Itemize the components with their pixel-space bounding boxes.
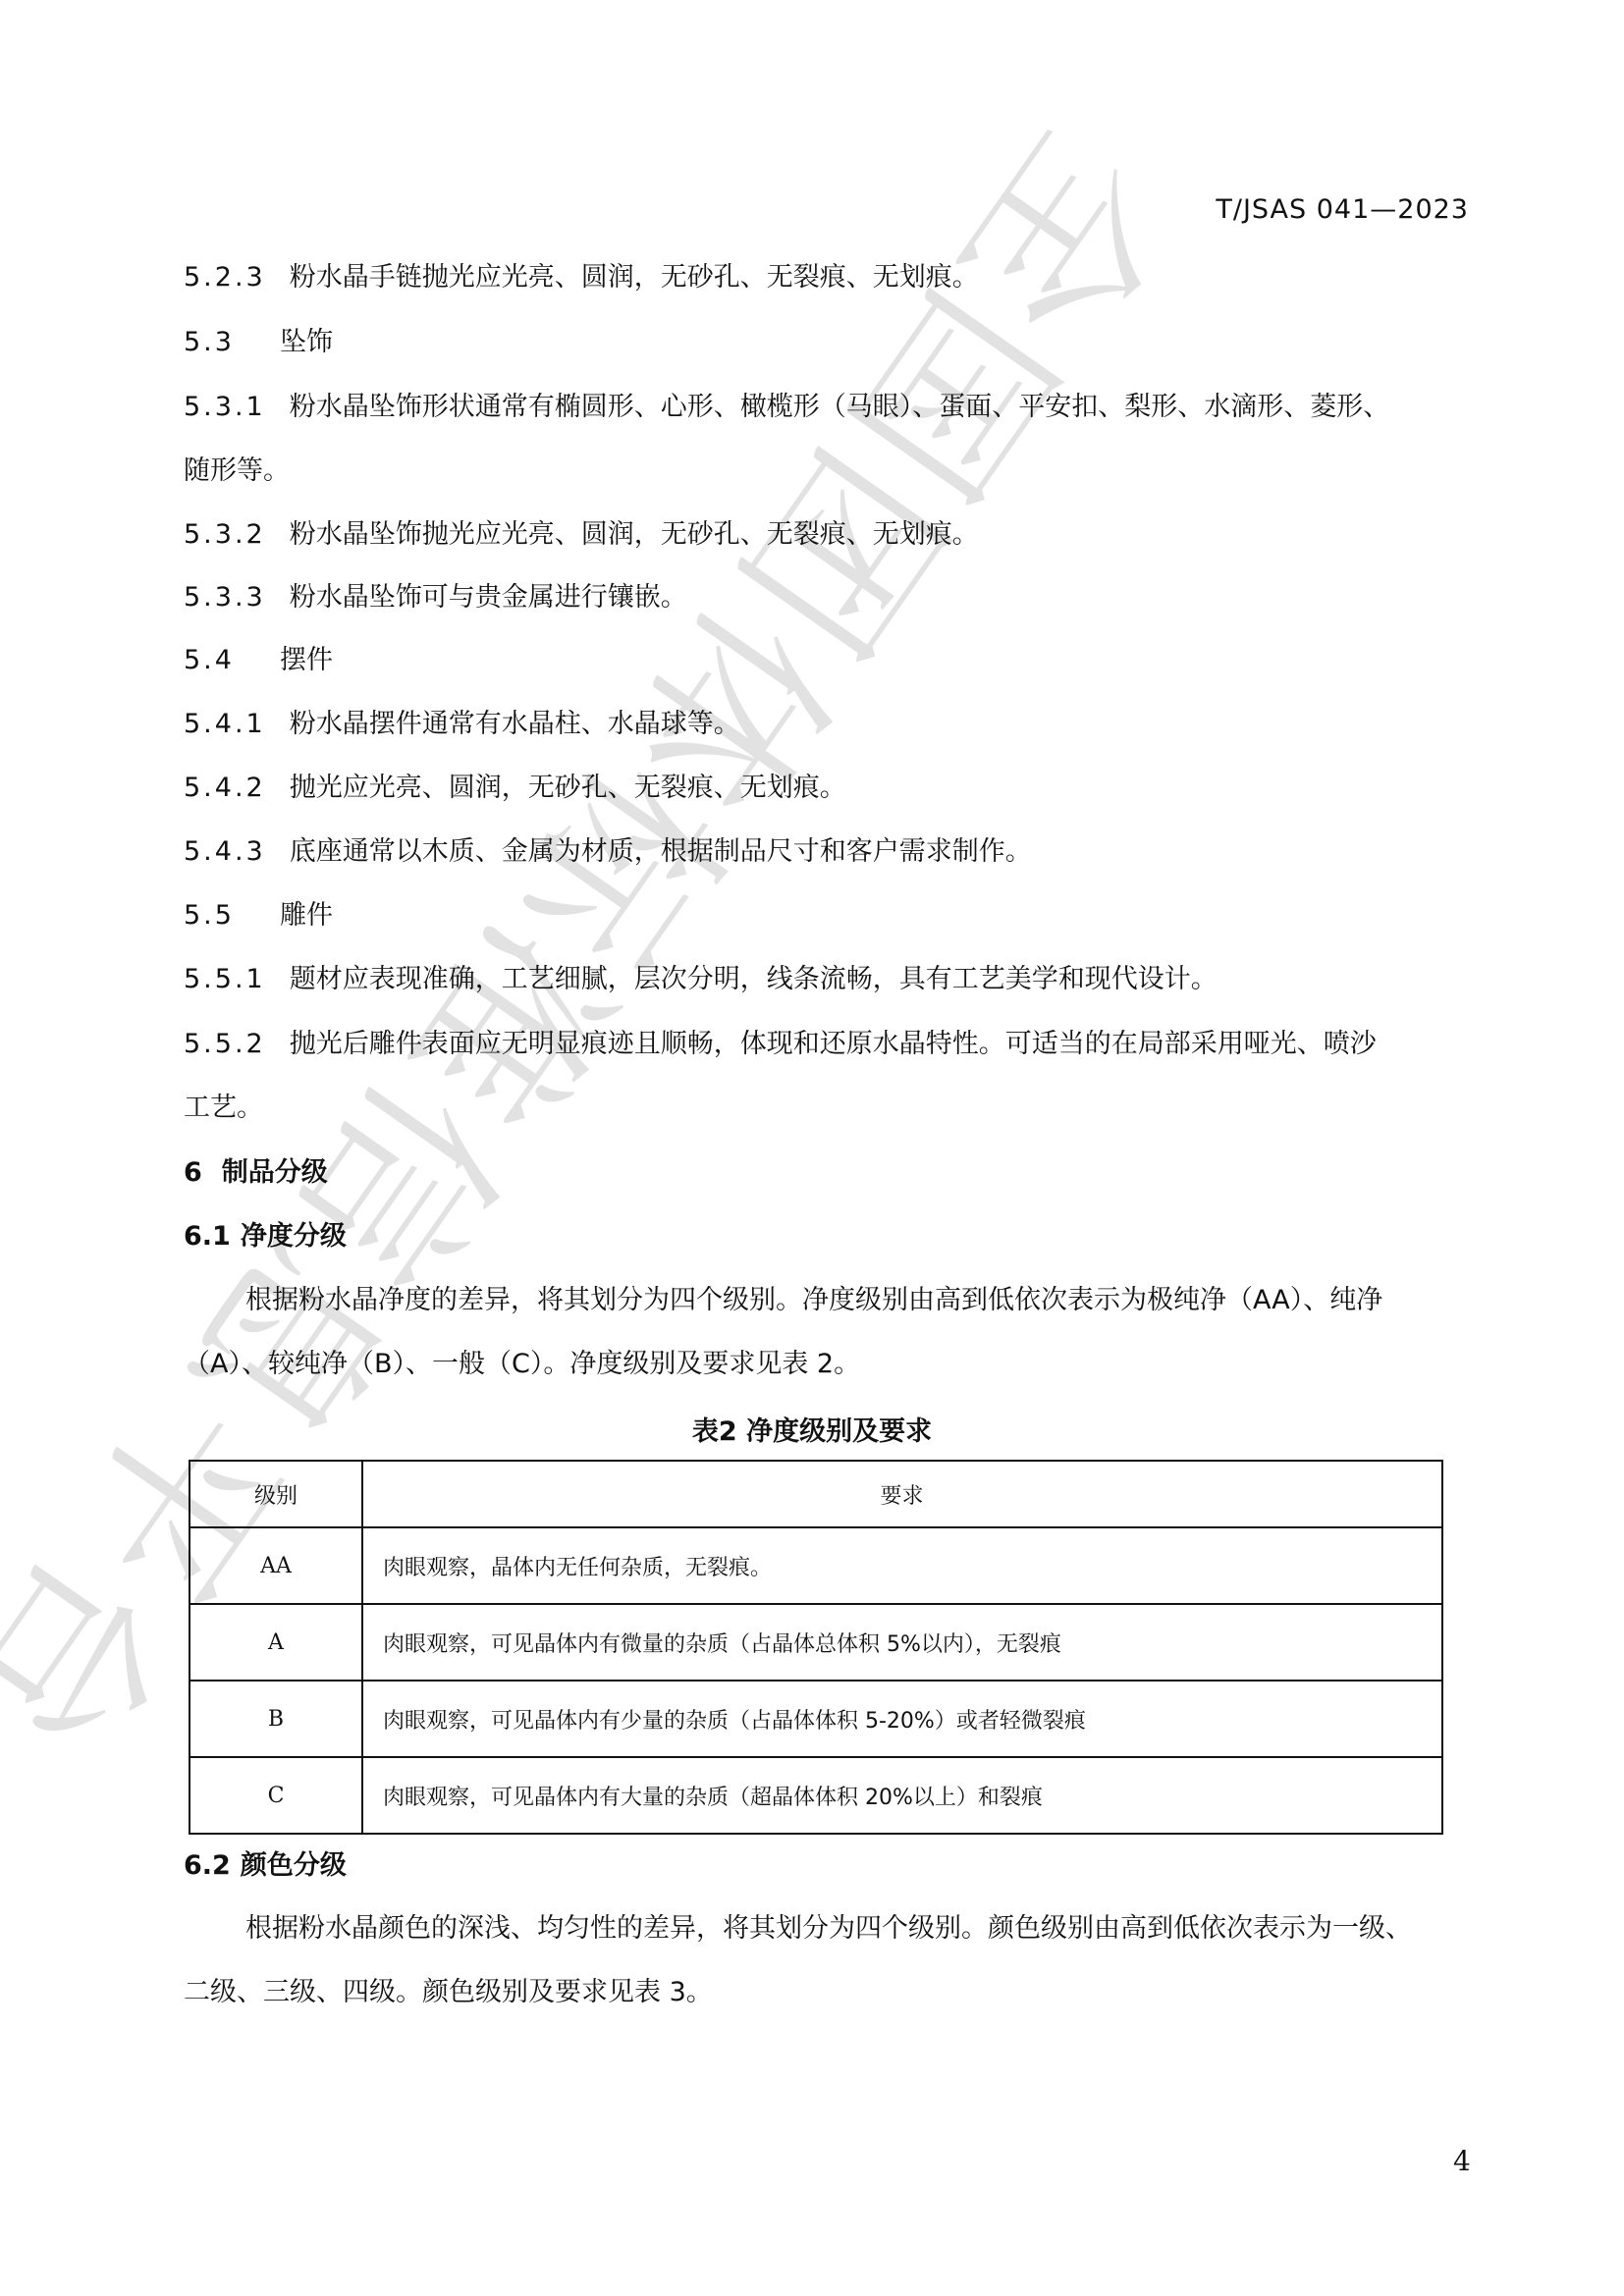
clause-text: 粉水晶坠饰可与贵金属进行镶嵌。 — [290, 582, 687, 613]
heading-text: 坠饰 — [280, 327, 333, 357]
clause-number: 5.4.2 — [184, 772, 266, 805]
clause-5-5-2: 5.5.2抛光后雕件表面应无明显痕迹且顺畅，体现和还原水晶特性。可适当的在局部采… — [184, 1028, 1377, 1061]
page-number: 4 — [1453, 2145, 1471, 2177]
table-header-row: 级别 要求 — [189, 1461, 1442, 1527]
heading-text: 制品分级 — [222, 1157, 328, 1188]
clause-number: 5.3.3 — [184, 581, 266, 614]
requirement-cell: 肉眼观察，可见晶体内有少量的杂质（占晶体体积 5-20%）或者轻微裂痕 — [362, 1681, 1442, 1757]
table-2-title: 表2 净度级别及要求 — [0, 1410, 1624, 1448]
clause-number: 5.3.1 — [184, 391, 266, 424]
paragraph-6-2-line-1: 根据粉水晶颜色的深浅、均匀性的差异，将其划分为四个级别。颜色级别由高到低依次表示… — [245, 1912, 1412, 1946]
clarity-grade-table: 级别 要求 AA 肉眼观察，晶体内无任何杂质，无裂痕。 A 肉眼观察，可见晶体内… — [189, 1460, 1443, 1835]
heading-5-4: 5.4摆件 — [184, 644, 333, 677]
paragraph-6-2-line-2: 二级、三级、四级。颜色级别及要求见表 3。 — [184, 1976, 713, 2009]
clause-5-5-2-continuation: 工艺。 — [184, 1092, 263, 1125]
grade-cell: B — [189, 1681, 362, 1757]
paragraph-6-1-line-2: （A）、较纯净（B）、一般（C）。净度级别及要求见表 2。 — [184, 1348, 860, 1381]
column-header-requirement: 要求 — [362, 1461, 1442, 1527]
heading-6-1: 6.1净度分级 — [184, 1220, 347, 1254]
clause-number: 5.5 — [184, 899, 235, 933]
clause-text: 粉水晶摆件通常有水晶柱、水晶球等。 — [290, 709, 740, 739]
grade-cell: A — [189, 1604, 362, 1681]
heading-text: 净度分级 — [241, 1221, 347, 1252]
clause-text: 题材应表现准确，工艺细腻，层次分明，线条流畅，具有工艺美学和现代设计。 — [290, 964, 1218, 994]
clause-5-4-1: 5.4.1粉水晶摆件通常有水晶柱、水晶球等。 — [184, 708, 740, 741]
clause-number: 6 — [184, 1157, 202, 1188]
page-content: T/JSAS 041—2023 5.2.3粉水晶手链抛光应光亮、圆润，无砂孔、无… — [0, 0, 1624, 2296]
clause-number: 6.1 — [184, 1221, 231, 1252]
clause-number: 5.4 — [184, 644, 235, 677]
clause-number: 5.5.2 — [184, 1028, 266, 1061]
heading-text: 雕件 — [280, 900, 333, 931]
heading-6: 6制品分级 — [184, 1156, 328, 1190]
requirement-cell: 肉眼观察，可见晶体内有微量的杂质（占晶体总体积 5%以内），无裂痕 — [362, 1604, 1442, 1681]
clause-text: 底座通常以木质、金属为材质，根据制品尺寸和客户需求制作。 — [290, 836, 1032, 867]
clause-5-2-3: 5.2.3粉水晶手链抛光应光亮、圆润，无砂孔、无裂痕、无划痕。 — [184, 261, 979, 294]
grade-cell: C — [189, 1757, 362, 1834]
clause-text: 抛光应光亮、圆润，无砂孔、无裂痕、无划痕。 — [290, 773, 846, 803]
heading-5-5: 5.5雕件 — [184, 899, 333, 933]
column-header-grade: 级别 — [189, 1461, 362, 1527]
clause-5-3-1-continuation: 随形等。 — [184, 454, 290, 488]
clause-number: 5.3.2 — [184, 518, 266, 552]
table-row: C 肉眼观察，可见晶体内有大量的杂质（超晶体体积 20%以上）和裂痕 — [189, 1757, 1442, 1834]
requirement-cell: 肉眼观察，可见晶体内有大量的杂质（超晶体体积 20%以上）和裂痕 — [362, 1757, 1442, 1834]
clause-text: 抛光后雕件表面应无明显痕迹且顺畅，体现和还原水晶特性。可适当的在局部采用哑光、喷… — [290, 1029, 1377, 1059]
table-row: AA 肉眼观察，晶体内无任何杂质，无裂痕。 — [189, 1527, 1442, 1604]
clause-5-5-1: 5.5.1题材应表现准确，工艺细腻，层次分明，线条流畅，具有工艺美学和现代设计。 — [184, 963, 1218, 996]
clause-text: 粉水晶手链抛光应光亮、圆润，无砂孔、无裂痕、无划痕。 — [290, 262, 979, 293]
document-code-header: T/JSAS 041—2023 — [1216, 194, 1469, 225]
clause-number: 6.2 — [184, 1850, 231, 1881]
clause-5-4-2: 5.4.2抛光应光亮、圆润，无砂孔、无裂痕、无划痕。 — [184, 772, 846, 805]
table-row: B 肉眼观察，可见晶体内有少量的杂质（占晶体体积 5-20%）或者轻微裂痕 — [189, 1681, 1442, 1757]
document-page: 全国团体标准信息平台 T/JSAS 041—2023 5.2.3粉水晶手链抛光应… — [0, 0, 1624, 2296]
clause-text: 粉水晶坠饰形状通常有椭圆形、心形、橄榄形（马眼）、蛋面、平安扣、梨形、水滴形、菱… — [290, 392, 1390, 422]
clause-number: 5.4.1 — [184, 708, 266, 741]
paragraph-6-1-line-1: 根据粉水晶净度的差异，将其划分为四个级别。净度级别由高到低依次表示为极纯净（AA… — [245, 1284, 1382, 1317]
heading-text: 摆件 — [280, 645, 333, 675]
clause-5-3-2: 5.3.2粉水晶坠饰抛光应光亮、圆润，无砂孔、无裂痕、无划痕。 — [184, 518, 979, 552]
clause-text: 粉水晶坠饰抛光应光亮、圆润，无砂孔、无裂痕、无划痕。 — [290, 519, 979, 550]
table-row: A 肉眼观察，可见晶体内有微量的杂质（占晶体总体积 5%以内），无裂痕 — [189, 1604, 1442, 1681]
clause-5-4-3: 5.4.3底座通常以木质、金属为材质，根据制品尺寸和客户需求制作。 — [184, 835, 1032, 869]
heading-text: 颜色分级 — [241, 1850, 347, 1881]
clause-5-3-1: 5.3.1粉水晶坠饰形状通常有椭圆形、心形、橄榄形（马眼）、蛋面、平安扣、梨形、… — [184, 391, 1389, 424]
clause-5-3-3: 5.3.3粉水晶坠饰可与贵金属进行镶嵌。 — [184, 581, 687, 614]
requirement-cell: 肉眼观察，晶体内无任何杂质，无裂痕。 — [362, 1527, 1442, 1604]
clause-number: 5.5.1 — [184, 963, 266, 996]
clause-number: 5.4.3 — [184, 835, 266, 869]
heading-6-2: 6.2颜色分级 — [184, 1849, 347, 1883]
heading-5-3: 5.3坠饰 — [184, 326, 333, 359]
clause-number: 5.2.3 — [184, 261, 266, 294]
grade-cell: AA — [189, 1527, 362, 1604]
clause-number: 5.3 — [184, 326, 235, 359]
